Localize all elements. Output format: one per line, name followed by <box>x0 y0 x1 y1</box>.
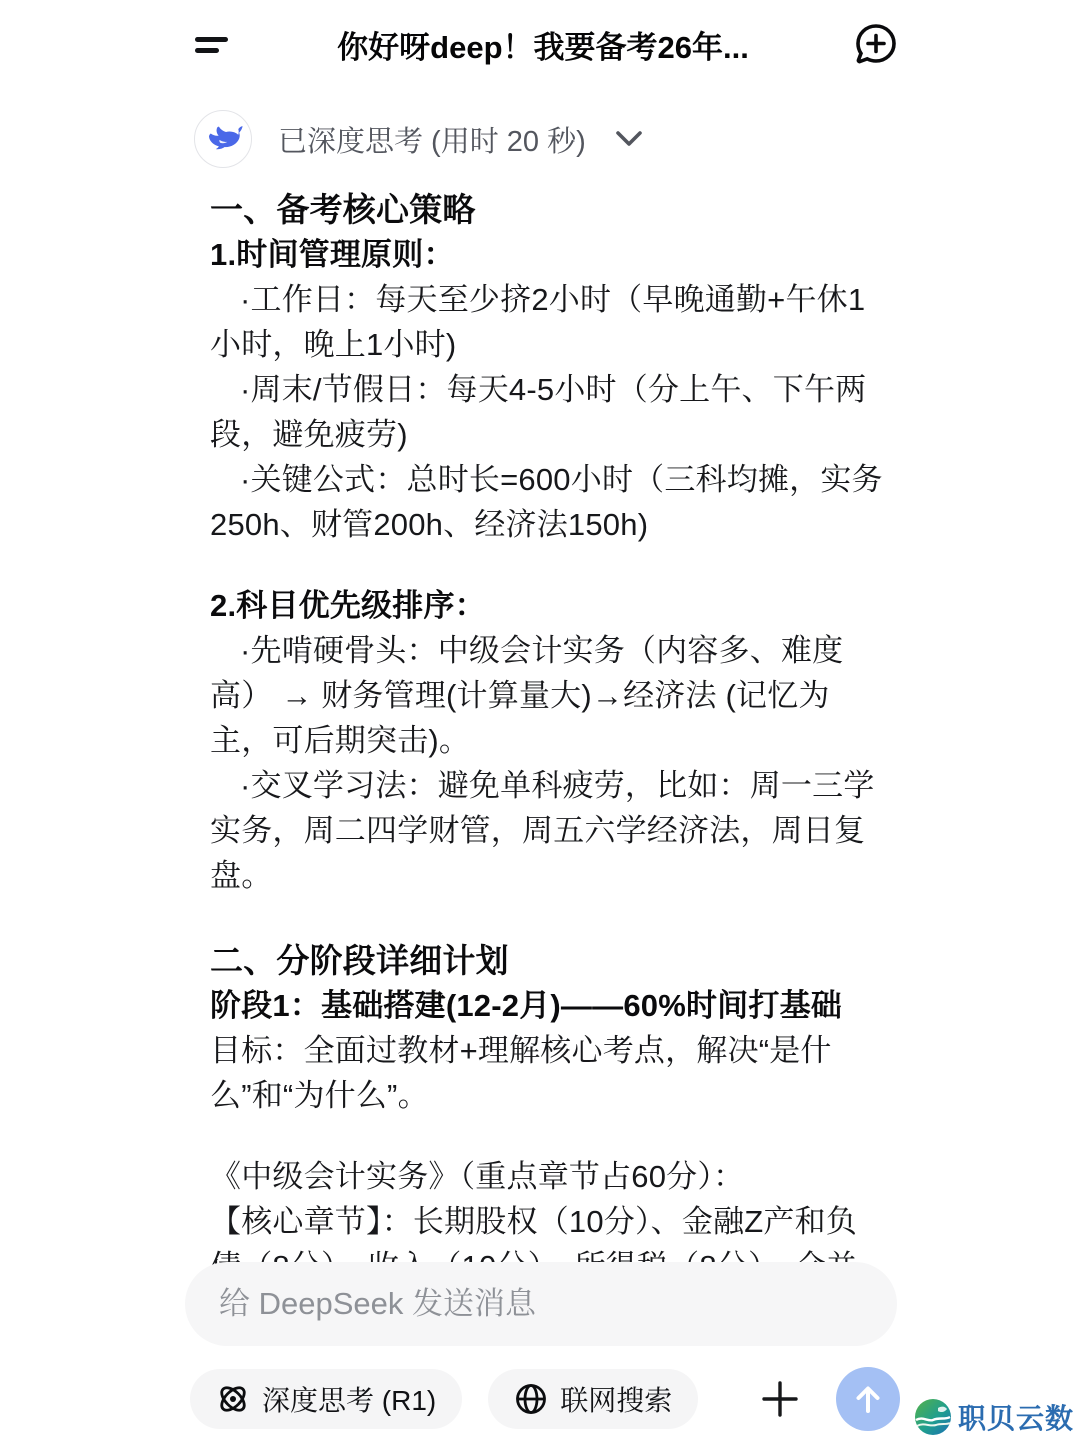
message-paragraph: 《中级会计实务》（重点章节占60分）： <box>210 1154 886 1199</box>
watermark-label: 职贝云数 <box>958 1397 1074 1437</box>
top-bar: 你好呀deep！我要备考26年... <box>190 14 900 74</box>
message-input-container <box>185 1262 897 1346</box>
thought-summary-row[interactable]: 已深度思考 (用时 20 秒) <box>194 108 900 170</box>
web-search-label: 联网搜索 <box>560 1379 672 1419</box>
watermark-globe-logo <box>912 1396 954 1438</box>
globe-icon <box>514 1382 548 1416</box>
chat-title: 你好呀deep！我要备考26年... <box>234 22 852 67</box>
menu-icon[interactable] <box>190 22 234 66</box>
message-paragraph: ·交叉学习法：避免单科疲劳，比如：周一三学实务，周二四学财管，周五六学经济法，周… <box>210 763 886 898</box>
message-paragraph: 阶段1：基础搭建(12-2月)——60%时间打基础 <box>210 983 886 1028</box>
new-chat-icon[interactable] <box>852 20 900 68</box>
message-paragraph: ·工作日：每天至少挤2小时（早晚通勤+午休1小时，晚上1小时) <box>210 277 886 367</box>
message-paragraph: 一、备考核心策略 <box>210 183 886 232</box>
message-paragraph: 目标：全面过教材+理解核心考点，解决“是什么”和“为什么”。 <box>210 1028 886 1118</box>
deep-think-atom-icon <box>216 1382 250 1416</box>
deep-think-button[interactable]: 深度思考 (R1) <box>190 1369 462 1429</box>
message-paragraph <box>210 898 886 934</box>
message-paragraph: 1.时间管理原则： <box>210 232 886 277</box>
message-paragraph <box>210 1118 886 1154</box>
avatar <box>194 110 252 168</box>
send-button[interactable] <box>836 1367 900 1431</box>
message-paragraph: 二、分阶段详细计划 <box>210 934 886 983</box>
message-input[interactable] <box>219 1286 863 1322</box>
watermark: 职贝云数 <box>912 1396 1074 1438</box>
chevron-down-icon[interactable] <box>614 129 644 149</box>
web-search-button[interactable]: 联网搜索 <box>488 1369 698 1429</box>
plus-icon[interactable] <box>754 1373 806 1425</box>
message-paragraph: ·周末/节假日：每天4-5小时（分上午、下午两段，避免疲劳) <box>210 367 886 457</box>
composer-toolbar: 深度思考 (R1) 联网搜索 <box>190 1368 900 1430</box>
arrow-up-icon <box>851 1382 885 1416</box>
message-paragraph: ·先啃硬骨头：中级会计实务（内容多、难度高） → 财务管理(计算量大)→经济法 … <box>210 628 886 763</box>
message-paragraph: ·关键公式：总时长=600小时（三科均摊，实务250h、财管200h、经济法15… <box>210 457 886 547</box>
message-paragraph: 2.科目优先级排序： <box>210 583 886 628</box>
assistant-message: 一、备考核心策略1.时间管理原则：·工作日：每天至少挤2小时（早晚通勤+午休1小… <box>210 183 886 1334</box>
thought-label: 已深度思考 (用时 20 秒) <box>278 119 586 160</box>
message-paragraph <box>210 547 886 583</box>
deep-think-label: 深度思考 (R1) <box>262 1379 436 1419</box>
deepseek-whale-icon <box>202 118 244 160</box>
deepseek-chat-screen: 你好呀deep！我要备考26年... 已深度思考 (用时 20 秒) 一、备考核… <box>0 0 1080 1440</box>
